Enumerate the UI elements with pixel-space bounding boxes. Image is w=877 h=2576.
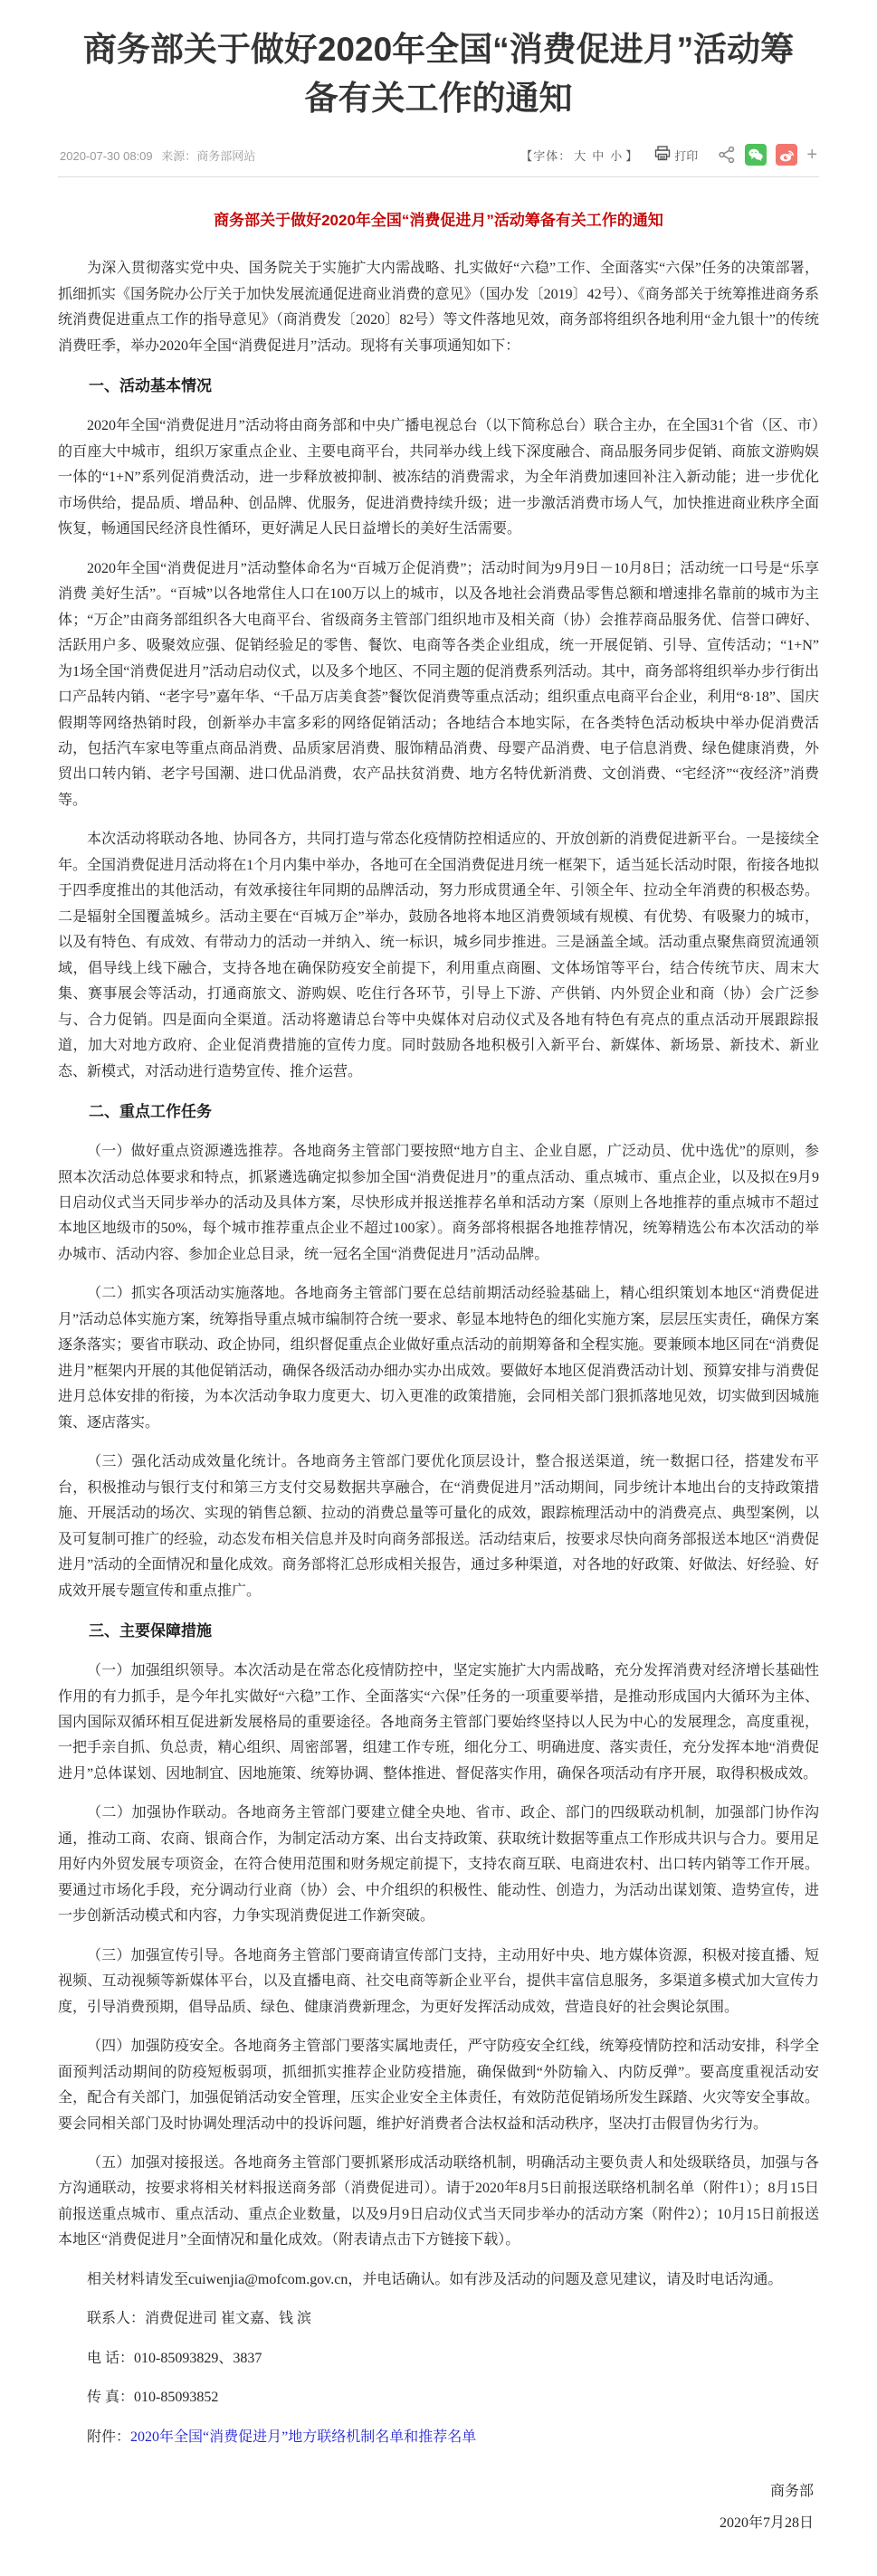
article-page: 商务部关于做好2020年全国“消费促进月”活动筹备有关工作的通知 2020-07… [0, 0, 877, 2576]
paragraph: （三）强化活动成效量化统计。各地商务主管部门要优化顶层设计，整合报送渠道，统一数… [58, 1450, 819, 1604]
font-size-control: 【字体：大中小】 [520, 147, 638, 164]
font-label-open: 【字体： [520, 149, 571, 163]
paragraph: （五）加强对接报送。各地商务主管部门要抓紧形成活动联络机制，明确活动主要负责人和… [58, 2151, 819, 2254]
meta-info: 2020-07-30 08:09 来源：商务部网站 [60, 147, 261, 164]
paragraph: （四）加强防疫安全。各地商务主管部门要落实属地责任，严守防疫安全红线，统筹疫情防… [58, 2034, 819, 2137]
wechat-share-icon[interactable] [745, 144, 767, 166]
meta-bar: 2020-07-30 08:09 来源：商务部网站 【字体：大中小】 打印 [58, 138, 819, 176]
document-inner-title: 商务部关于做好2020年全国“消费促进月”活动筹备有关工作的通知 [58, 208, 819, 233]
more-share-button[interactable]: + [806, 146, 817, 164]
font-size-small-button[interactable]: 小 [610, 149, 623, 163]
share-group: + [718, 144, 817, 166]
toolbar: 【字体：大中小】 打印 [520, 144, 817, 166]
signature-block: 商务部 2020年7月28日 [58, 2476, 819, 2539]
paragraph-contact-phone: 电 话：010-85093829、3837 [58, 2346, 819, 2372]
attachment-line: 附件：2020年全国“消费促进月”地方联络机制名单和推荐名单 [58, 2425, 819, 2450]
print-label: 打印 [674, 147, 698, 164]
source-label: 来源：商务部网站 [161, 149, 255, 163]
paragraph: （二）抓实各项活动实施落地。各地商务主管部门要在总结前期活动经验基础上，精心组织… [58, 1281, 819, 1436]
attachment-download-link[interactable]: 2020年全国“消费促进月”地方联络机制名单和推荐名单 [130, 2429, 476, 2445]
signature-agency: 商务部 [58, 2476, 814, 2507]
font-label-close: 】 [625, 149, 638, 163]
paragraph: 2020年全国“消费促进月”活动整体命名为“百城万企促消费”；活动时间为9月9日… [58, 556, 819, 814]
share-icon[interactable] [718, 146, 736, 164]
section-heading-3: 三、主要保障措施 [58, 1618, 819, 1640]
printer-icon [654, 146, 674, 164]
paragraph: （一）做好重点资源遴选推荐。各地商务主管部门要按照“地方自主、企业自愿，广泛动员… [58, 1139, 819, 1268]
paragraph-contact-person: 联系人：消费促进司 崔文嘉、钱 滨 [58, 2306, 819, 2332]
section-heading-1: 一、活动基本情况 [58, 373, 819, 395]
font-size-medium-button[interactable]: 中 [592, 149, 605, 163]
attachment-label: 附件： [87, 2429, 130, 2445]
publish-date: 2020-07-30 08:09 [60, 149, 153, 163]
paragraph: （二）加强协作联动。各地商务主管部门要建立健全央地、省市、政企、部门的四级联动机… [58, 1801, 819, 1929]
font-size-large-button[interactable]: 大 [574, 149, 586, 163]
header-divider [58, 176, 819, 177]
print-button[interactable]: 打印 [654, 146, 698, 164]
paragraph-contact-email: 相关材料请发至cuiwenjia@mofcom.gov.cn，并电话确认。如有涉… [58, 2267, 819, 2293]
paragraph: （三）加强宣传引导。各地商务主管部门要商请宣传部门支持，主动用好中央、地方媒体资… [58, 1944, 819, 2020]
paragraph-contact-fax: 传 真：010-85093852 [58, 2385, 819, 2410]
paragraph: （一）加强组织领导。本次活动是在常态化疫情防控中，坚定实施扩大内需战略，充分发挥… [58, 1659, 819, 1787]
paragraph-intro: 为深入贯彻落实党中央、国务院关于实施扩大内需战略、扎实做好“六稳”工作、全面落实… [58, 256, 819, 359]
page-title: 商务部关于做好2020年全国“消费促进月”活动筹备有关工作的通知 [58, 16, 819, 138]
section-heading-2: 二、重点工作任务 [58, 1098, 819, 1121]
paragraph: 本次活动将联动各地、协同各方，共同打造与常态化疫情防控相适应的、开放创新的消费促… [58, 827, 819, 1085]
paragraph: 2020年全国“消费促进月”活动将由商务部和中央广播电视总台（以下简称总台）联合… [58, 413, 819, 542]
signature-date: 2020年7月28日 [58, 2507, 814, 2539]
weibo-share-icon[interactable] [776, 144, 797, 166]
article-body: 商务部关于做好2020年全国“消费促进月”活动筹备有关工作的通知 为深入贯彻落实… [58, 185, 819, 2539]
